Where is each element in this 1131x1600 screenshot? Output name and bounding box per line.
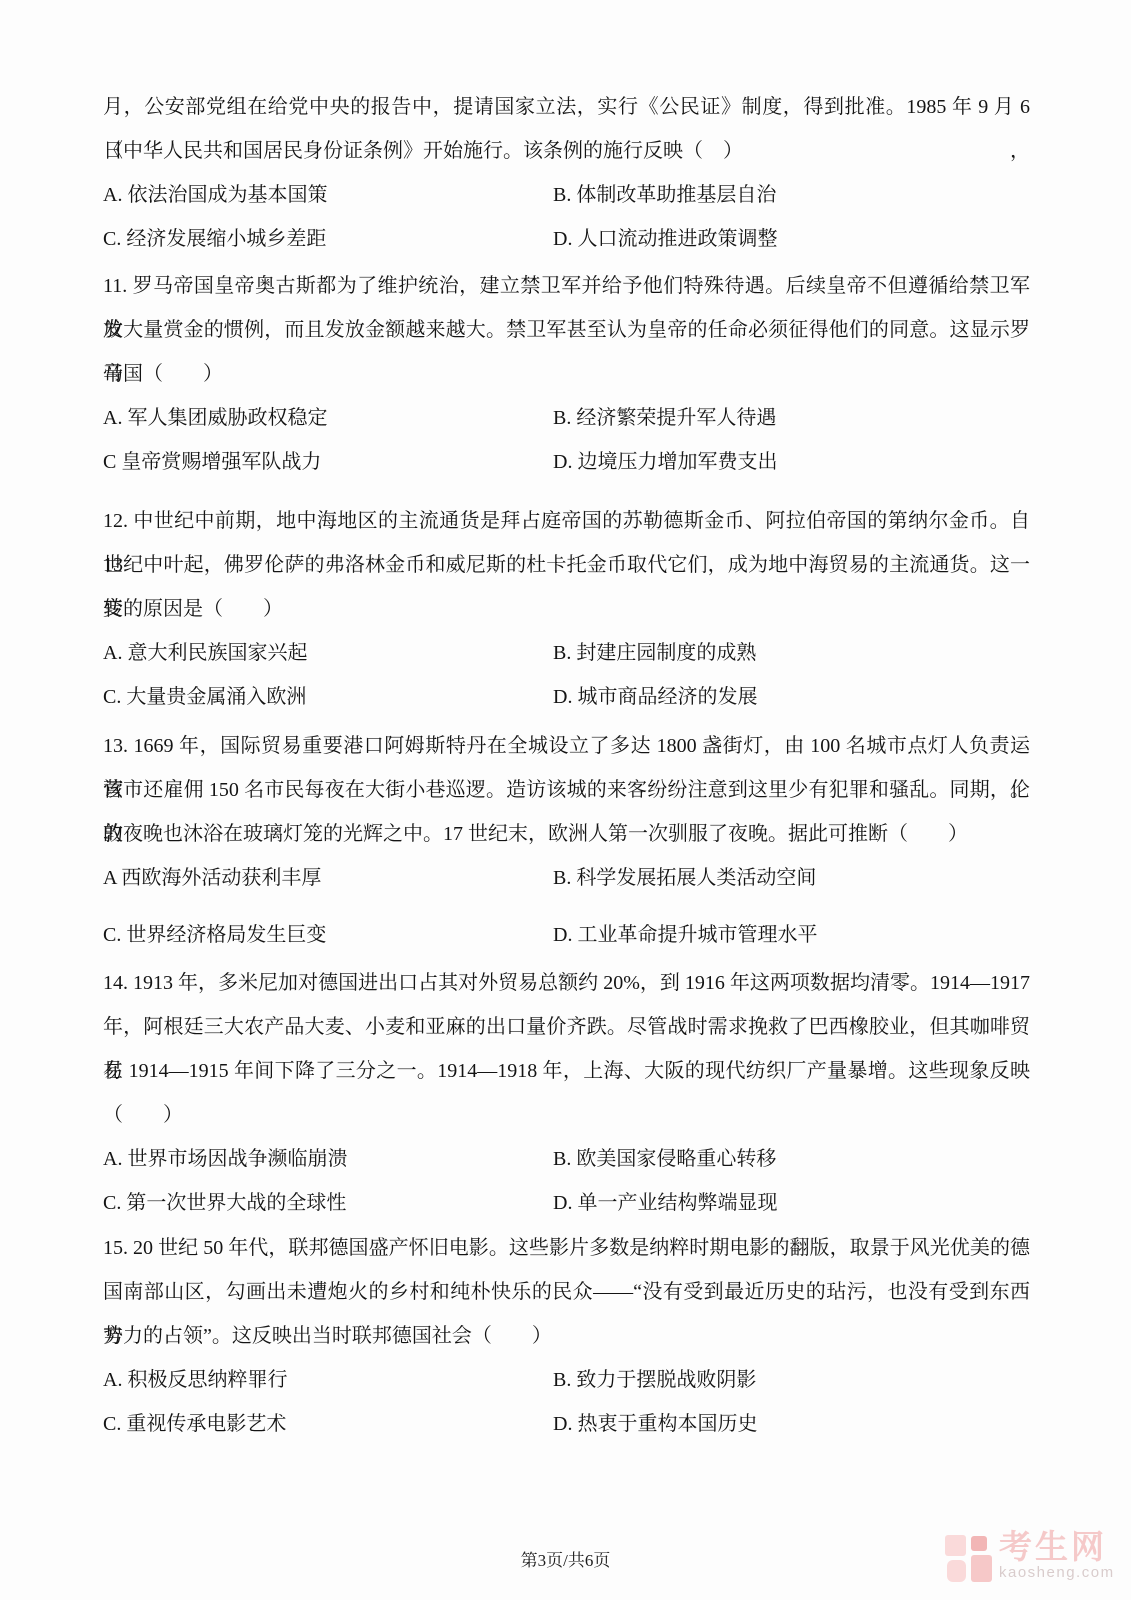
options-row: C 皇帝赏赐增强军队战力 D. 边境压力增加军费支出 bbox=[103, 440, 1030, 484]
logo-block bbox=[947, 1560, 966, 1582]
stem-line: 世纪中叶起，佛罗伦萨的弗洛林金币和威尼斯的杜卡托金币取代它们，成为地中海贸易的主… bbox=[103, 543, 1030, 587]
option-d: D. 边境压力增加军费支出 bbox=[553, 440, 777, 484]
options-row: C. 世界经济格局发生巨变 D. 工业革命提升城市管理水平 bbox=[103, 913, 1030, 957]
question-13: 13. 1669 年，国际贸易重要港口阿姆斯特丹在全城设立了多达 1800 盏街… bbox=[103, 724, 1030, 957]
stem-line: 12. 中世纪中前期，地中海地区的主流通货是拜占庭帝国的苏勒德斯金币、阿拉伯帝国… bbox=[103, 499, 1030, 543]
options-row: C. 重视传承电影艺术 D. 热衷于重构本国历史 bbox=[103, 1402, 1030, 1446]
logo-block bbox=[971, 1555, 992, 1582]
stem-line: 14. 1913 年，多米尼加对德国进出口占其对外贸易总额约 20%，到 191… bbox=[103, 961, 1030, 1005]
stem-line: 势力的占领”。这反映出当时联邦德国社会（ ） bbox=[103, 1314, 1030, 1358]
options-row: C. 大量贵金属涌入欧洲 D. 城市商品经济的发展 bbox=[103, 675, 1030, 719]
option-a: A. 军人集团威胁政权稳定 bbox=[103, 396, 327, 440]
option-a: A. 依法治国成为基本国策 bbox=[103, 173, 327, 217]
question-11: 11. 罗马帝国皇帝奥古斯都为了维护统治，建立禁卫军并给予他们特殊待遇。后续皇帝… bbox=[103, 264, 1030, 484]
kaosheng-watermark: 考生网 kaosheng.com bbox=[945, 1530, 1125, 1584]
option-b: B. 欧美国家侵略重心转移 bbox=[553, 1137, 776, 1181]
option-b: B. 封建庄园制度的成熟 bbox=[553, 631, 756, 675]
stem-line: 年，阿根廷三大农产品大麦、小麦和亚麻的出口量价齐跌。尽管战时需求挽救了巴西橡胶业… bbox=[103, 1005, 1030, 1049]
question-14: 14. 1913 年，多米尼加对德国进出口占其对外贸易总额约 20%，到 191… bbox=[103, 961, 1030, 1225]
question-10-continuation: 月，公安部党组在给党中央的报告中，提请国家立法，实行《公民证》制度，得到批准。1… bbox=[103, 85, 1030, 261]
option-b: B. 经济繁荣提升军人待遇 bbox=[553, 396, 776, 440]
logo-block bbox=[971, 1536, 987, 1551]
option-b: B. 科学发展拓展人类活动空间 bbox=[553, 856, 816, 900]
kaosheng-name: 考生网 bbox=[999, 1530, 1115, 1564]
option-b: B. 体制改革助推基层自治 bbox=[553, 173, 776, 217]
stem-line: 变的原因是（ ） bbox=[103, 587, 1030, 631]
options-row: A 西欧海外活动获利丰厚 B. 科学发展拓展人类活动空间 bbox=[103, 856, 1030, 900]
stem-line: 的夜晚也沐浴在玻璃灯笼的光辉之中。17 世纪末，欧洲人第一次驯服了夜晚。据此可推… bbox=[103, 812, 1030, 856]
option-c: C. 世界经济格局发生巨变 bbox=[103, 913, 326, 957]
stem-line: 在 1914—1915 年间下降了三分之一。1914—1918 年，上海、大阪的… bbox=[103, 1049, 1030, 1093]
stem-line: 15. 20 世纪 50 年代，联邦德国盛产怀旧电影。这些影片多数是纳粹时期电影… bbox=[103, 1226, 1030, 1270]
options-row: A. 军人集团威胁政权稳定 B. 经济繁荣提升军人待遇 bbox=[103, 396, 1030, 440]
options-row: A. 意大利民族国家兴起 B. 封建庄园制度的成熟 bbox=[103, 631, 1030, 675]
option-d: D. 人口流动推进政策调整 bbox=[553, 217, 777, 261]
options-row: A. 依法治国成为基本国策 B. 体制改革助推基层自治 bbox=[103, 173, 1030, 217]
stem-line: 11. 罗马帝国皇帝奥古斯都为了维护统治，建立禁卫军并给予他们特殊待遇。后续皇帝… bbox=[103, 264, 1030, 308]
option-d: D. 城市商品经济的发展 bbox=[553, 675, 757, 719]
option-a: A 西欧海外活动获利丰厚 bbox=[103, 856, 321, 900]
logo-block bbox=[945, 1535, 966, 1556]
option-a: A. 世界市场因战争濒临崩溃 bbox=[103, 1137, 347, 1181]
option-b: B. 致力于摆脱战败阴影 bbox=[553, 1358, 756, 1402]
option-a: A. 积极反思纳粹罪行 bbox=[103, 1358, 287, 1402]
option-c: C. 第一次世界大战的全球性 bbox=[103, 1181, 346, 1225]
option-a: A. 意大利民族国家兴起 bbox=[103, 631, 307, 675]
options-row: C. 经济发展缩小城乡差距 D. 人口流动推进政策调整 bbox=[103, 217, 1030, 261]
kaosheng-logo-text: 考生网 kaosheng.com bbox=[999, 1530, 1115, 1581]
kaosheng-logo-icon bbox=[945, 1530, 993, 1582]
stem-line: 月，公安部党组在给党中央的报告中，提请国家立法，实行《公民证》制度，得到批准。1… bbox=[103, 85, 1030, 129]
stem-line: 帝国（ ） bbox=[103, 352, 1030, 396]
option-c: C. 经济发展缩小城乡差距 bbox=[103, 217, 326, 261]
option-c: C 皇帝赏赐增强军队战力 bbox=[103, 440, 321, 484]
option-c: C. 重视传承电影艺术 bbox=[103, 1402, 286, 1446]
options-row: C. 第一次世界大战的全球性 D. 单一产业结构弊端显现 bbox=[103, 1181, 1030, 1225]
option-d: D. 热衷于重构本国历史 bbox=[553, 1402, 757, 1446]
option-c: C. 大量贵金属涌入欧洲 bbox=[103, 675, 306, 719]
question-12: 12. 中世纪中前期，地中海地区的主流通货是拜占庭帝国的苏勒德斯金币、阿拉伯帝国… bbox=[103, 499, 1030, 719]
stem-line: 国南部山区，勾画出未遭炮火的乡村和纯朴快乐的民众——“没有受到最近历史的玷污，也… bbox=[103, 1270, 1030, 1314]
stem-line: 13. 1669 年，国际贸易重要港口阿姆斯特丹在全城设立了多达 1800 盏街… bbox=[103, 724, 1030, 768]
option-d: D. 单一产业结构弊端显现 bbox=[553, 1181, 777, 1225]
stem-line: （ ） bbox=[103, 1093, 1030, 1137]
kaosheng-domain: kaosheng.com bbox=[999, 1565, 1115, 1581]
stem-line: 放大量赏金的惯例，而且发放金额越来越大。禁卫军甚至认为皇帝的任命必须征得他们的同… bbox=[103, 308, 1030, 352]
stem-line: 该市还雇佣 150 名市民每夜在大街小巷巡逻。造访该城的来客纷纷注意到这里少有犯… bbox=[103, 768, 1030, 812]
exam-page: 月，公安部党组在给党中央的报告中，提请国家立法，实行《公民证》制度，得到批准。1… bbox=[0, 0, 1131, 1600]
option-d: D. 工业革命提升城市管理水平 bbox=[553, 913, 817, 957]
question-15: 15. 20 世纪 50 年代，联邦德国盛产怀旧电影。这些影片多数是纳粹时期电影… bbox=[103, 1226, 1030, 1446]
options-row: A. 积极反思纳粹罪行 B. 致力于摆脱战败阴影 bbox=[103, 1358, 1030, 1402]
options-row: A. 世界市场因战争濒临崩溃 B. 欧美国家侵略重心转移 bbox=[103, 1137, 1030, 1181]
